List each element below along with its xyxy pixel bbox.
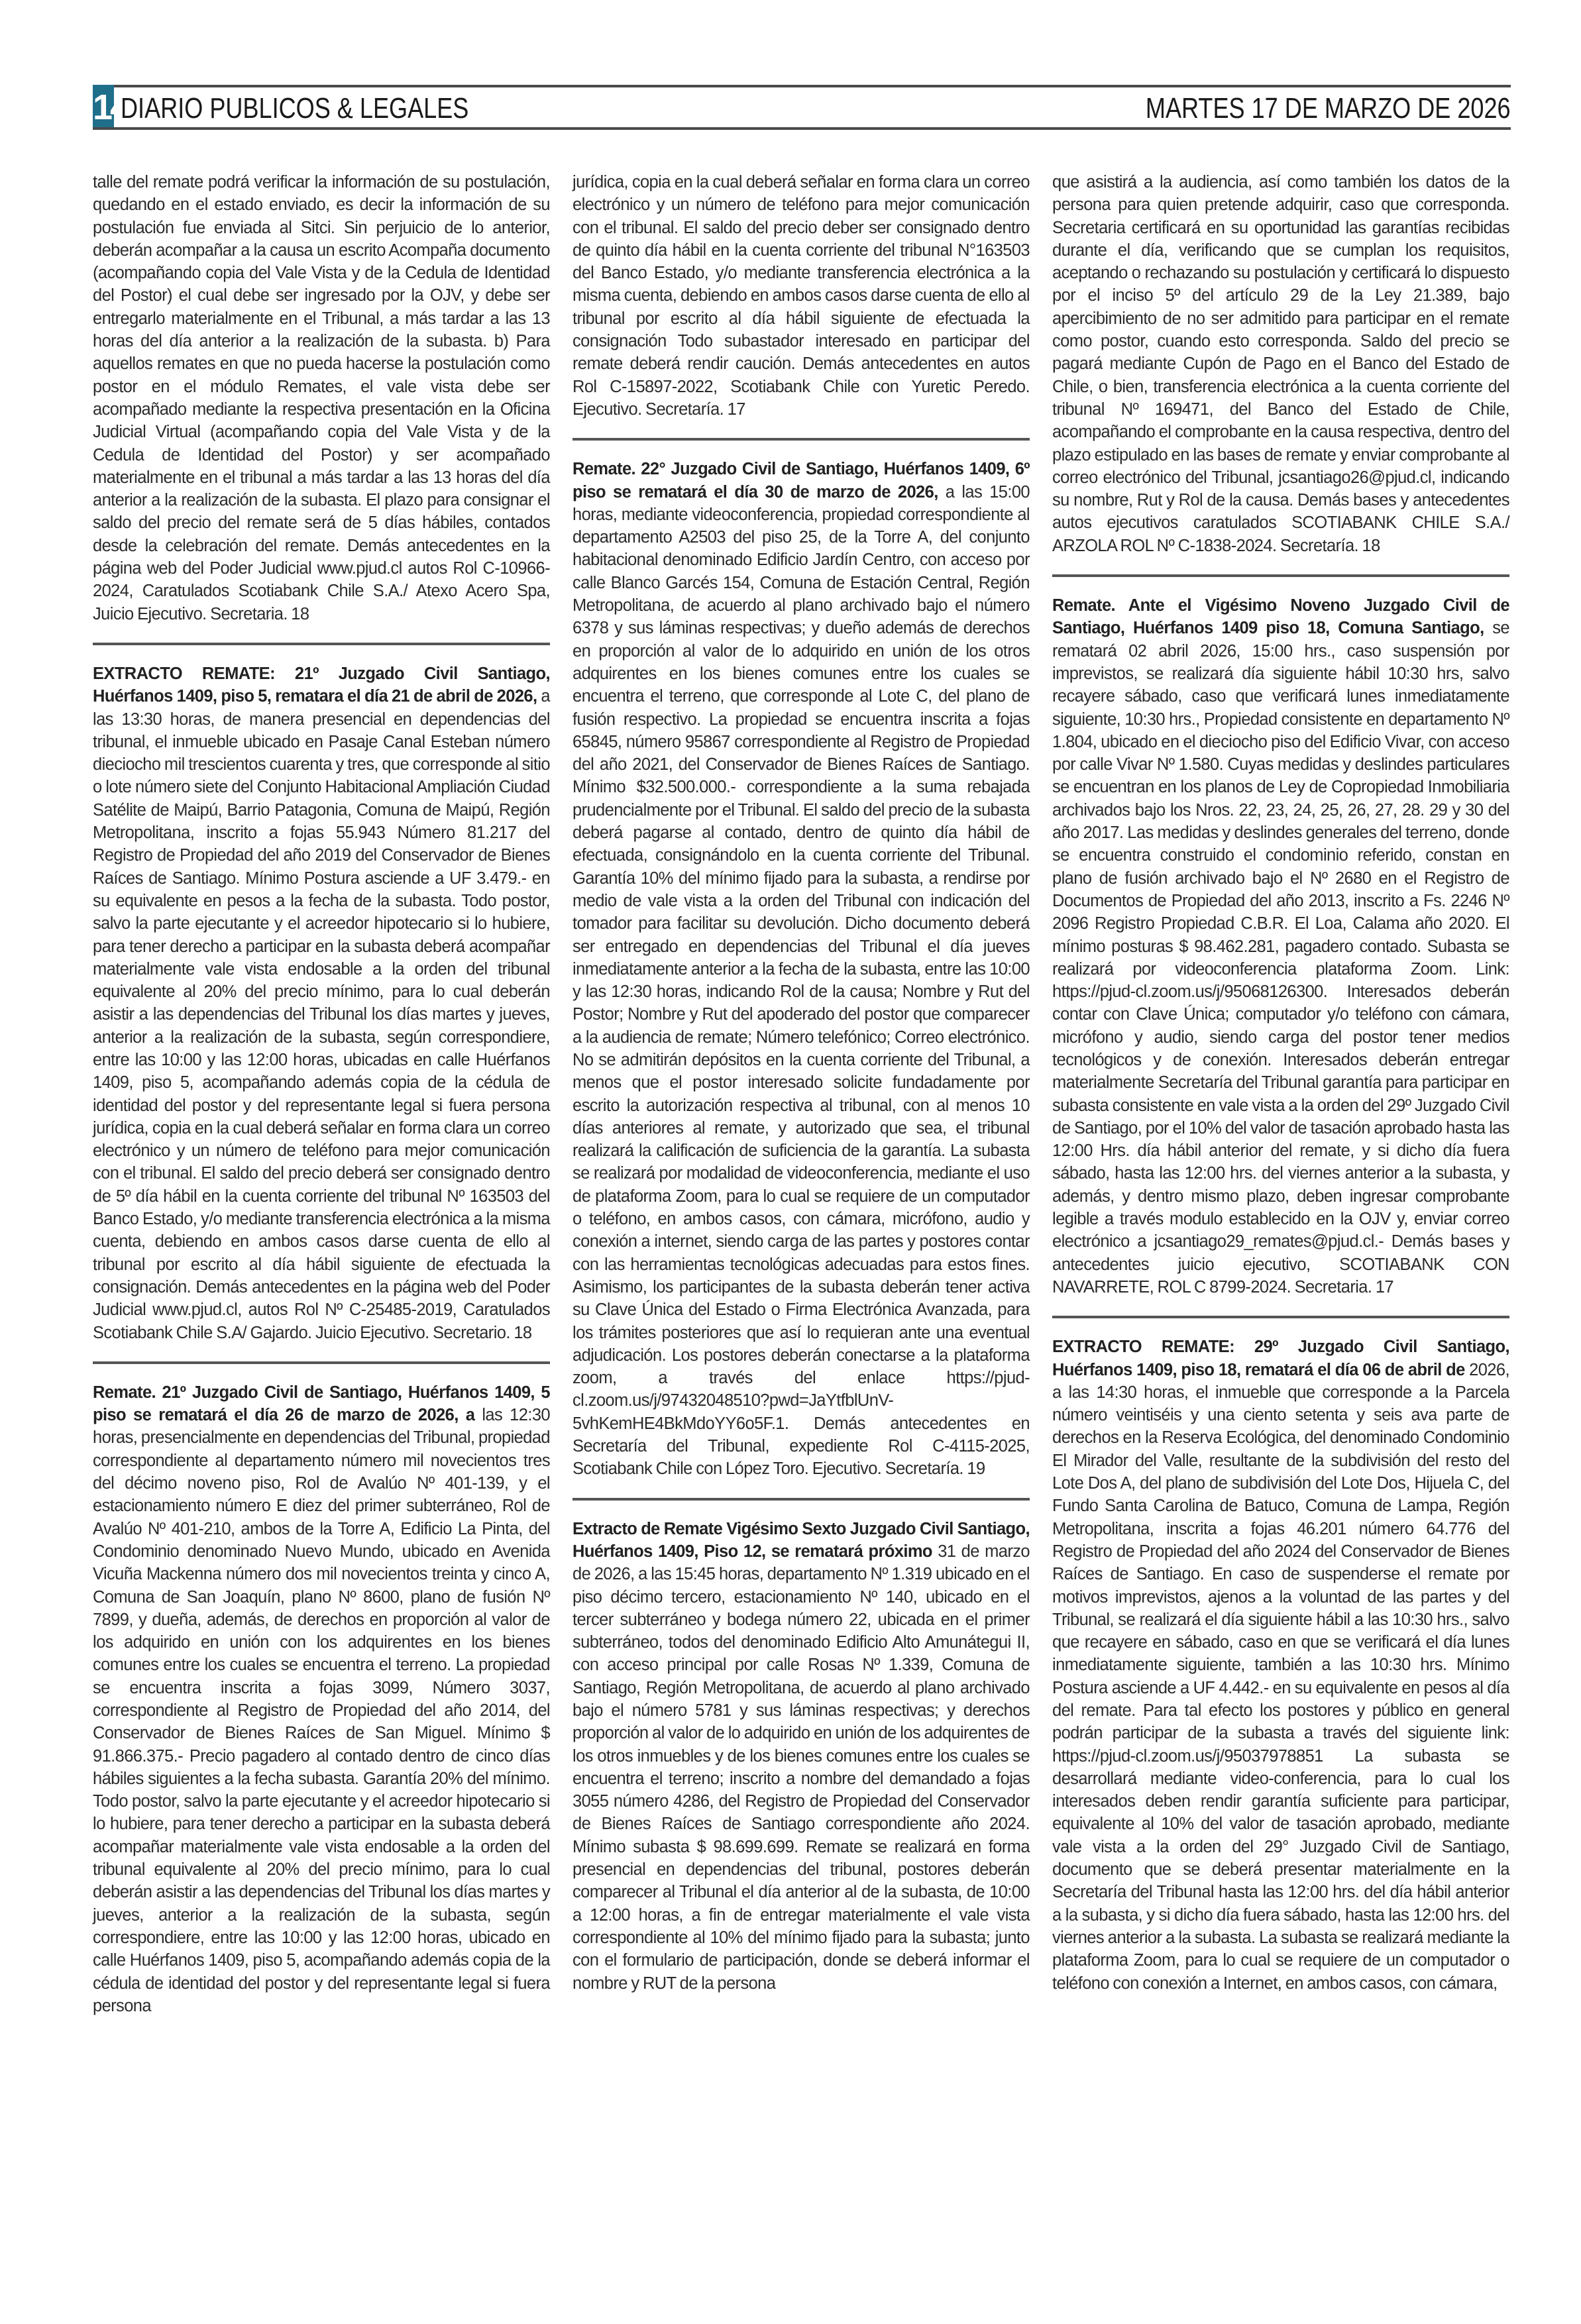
- legal-notice: que asistirá a la audiencia, así como ta…: [1052, 171, 1509, 557]
- notice-body: las 12:30 horas, presencialmente en depe…: [93, 1406, 550, 2015]
- notice-divider: [572, 438, 1030, 441]
- notice-heading: EXTRACTO REMATE: 21º Juzgado Civil Santi…: [93, 664, 550, 706]
- notice-divider: [93, 643, 550, 645]
- notice-divider: [93, 1361, 550, 1364]
- column-3: que asistirá a la audiencia, así como ta…: [1052, 171, 1509, 2304]
- legal-notice: Remate. Ante el Vigésimo Noveno Juzgado …: [1052, 594, 1509, 1298]
- notice-body: 31 de marzo de 2026, a las 15:45 horas, …: [572, 1542, 1030, 1993]
- notice-body: que asistirá a la audiencia, así como ta…: [1052, 173, 1509, 555]
- notice-body: a las 13:30 horas, de manera presencial …: [93, 687, 550, 1342]
- masthead: 14 DIARIO PUBLICOS & LEGALES MARTES 17 D…: [93, 85, 1511, 130]
- legal-notice: Remate. 21º Juzgado Civil de Santiago, H…: [93, 1381, 550, 2017]
- columns: talle del remate podrá verificar la info…: [93, 171, 1511, 2304]
- legal-notice: EXTRACTO REMATE: 21º Juzgado Civil Santi…: [93, 662, 550, 1344]
- masthead-bottom-rule: [93, 127, 1511, 130]
- column-2: jurídica, copia en la cual deberá señala…: [572, 171, 1030, 2304]
- notice-heading: EXTRACTO REMATE: 29º Juzgado Civil Santi…: [1052, 1338, 1509, 1379]
- section-title: DIARIO PUBLICOS & LEGALES: [121, 90, 468, 127]
- notice-body: a las 15:00 horas, mediante videoconfere…: [572, 483, 1030, 1479]
- column-1: talle del remate podrá verificar la info…: [93, 171, 550, 2304]
- legal-notice: EXTRACTO REMATE: 29º Juzgado Civil Santi…: [1052, 1336, 1509, 1995]
- masthead-top-rule: [93, 85, 1511, 87]
- notice-body: se rematará 02 abril 2026, 15:00 hrs., c…: [1052, 619, 1509, 1296]
- page-number: 14: [93, 85, 114, 130]
- notice-divider: [1052, 1316, 1509, 1318]
- legal-notice: Extracto de Remate Vigésimo Sexto Juzgad…: [572, 1518, 1030, 1995]
- legal-notice: talle del remate podrá verificar la info…: [93, 171, 550, 625]
- legal-notice: jurídica, copia en la cual deberá señala…: [572, 171, 1030, 421]
- notice-heading: Remate. Ante el Vigésimo Noveno Juzgado …: [1052, 596, 1509, 637]
- issue-date: MARTES 17 DE MARZO DE 2026: [1146, 90, 1511, 127]
- notice-divider: [572, 1498, 1030, 1501]
- notice-body: talle del remate podrá verificar la info…: [93, 173, 550, 623]
- notice-divider: [1052, 574, 1509, 577]
- notice-body: jurídica, copia en la cual deberá señala…: [572, 173, 1030, 419]
- notice-body: 2026, a las 14:30 horas, el inmueble que…: [1052, 1361, 1509, 1993]
- legal-notice: Remate. 22° Juzgado Civil de Santiago, H…: [572, 458, 1030, 1480]
